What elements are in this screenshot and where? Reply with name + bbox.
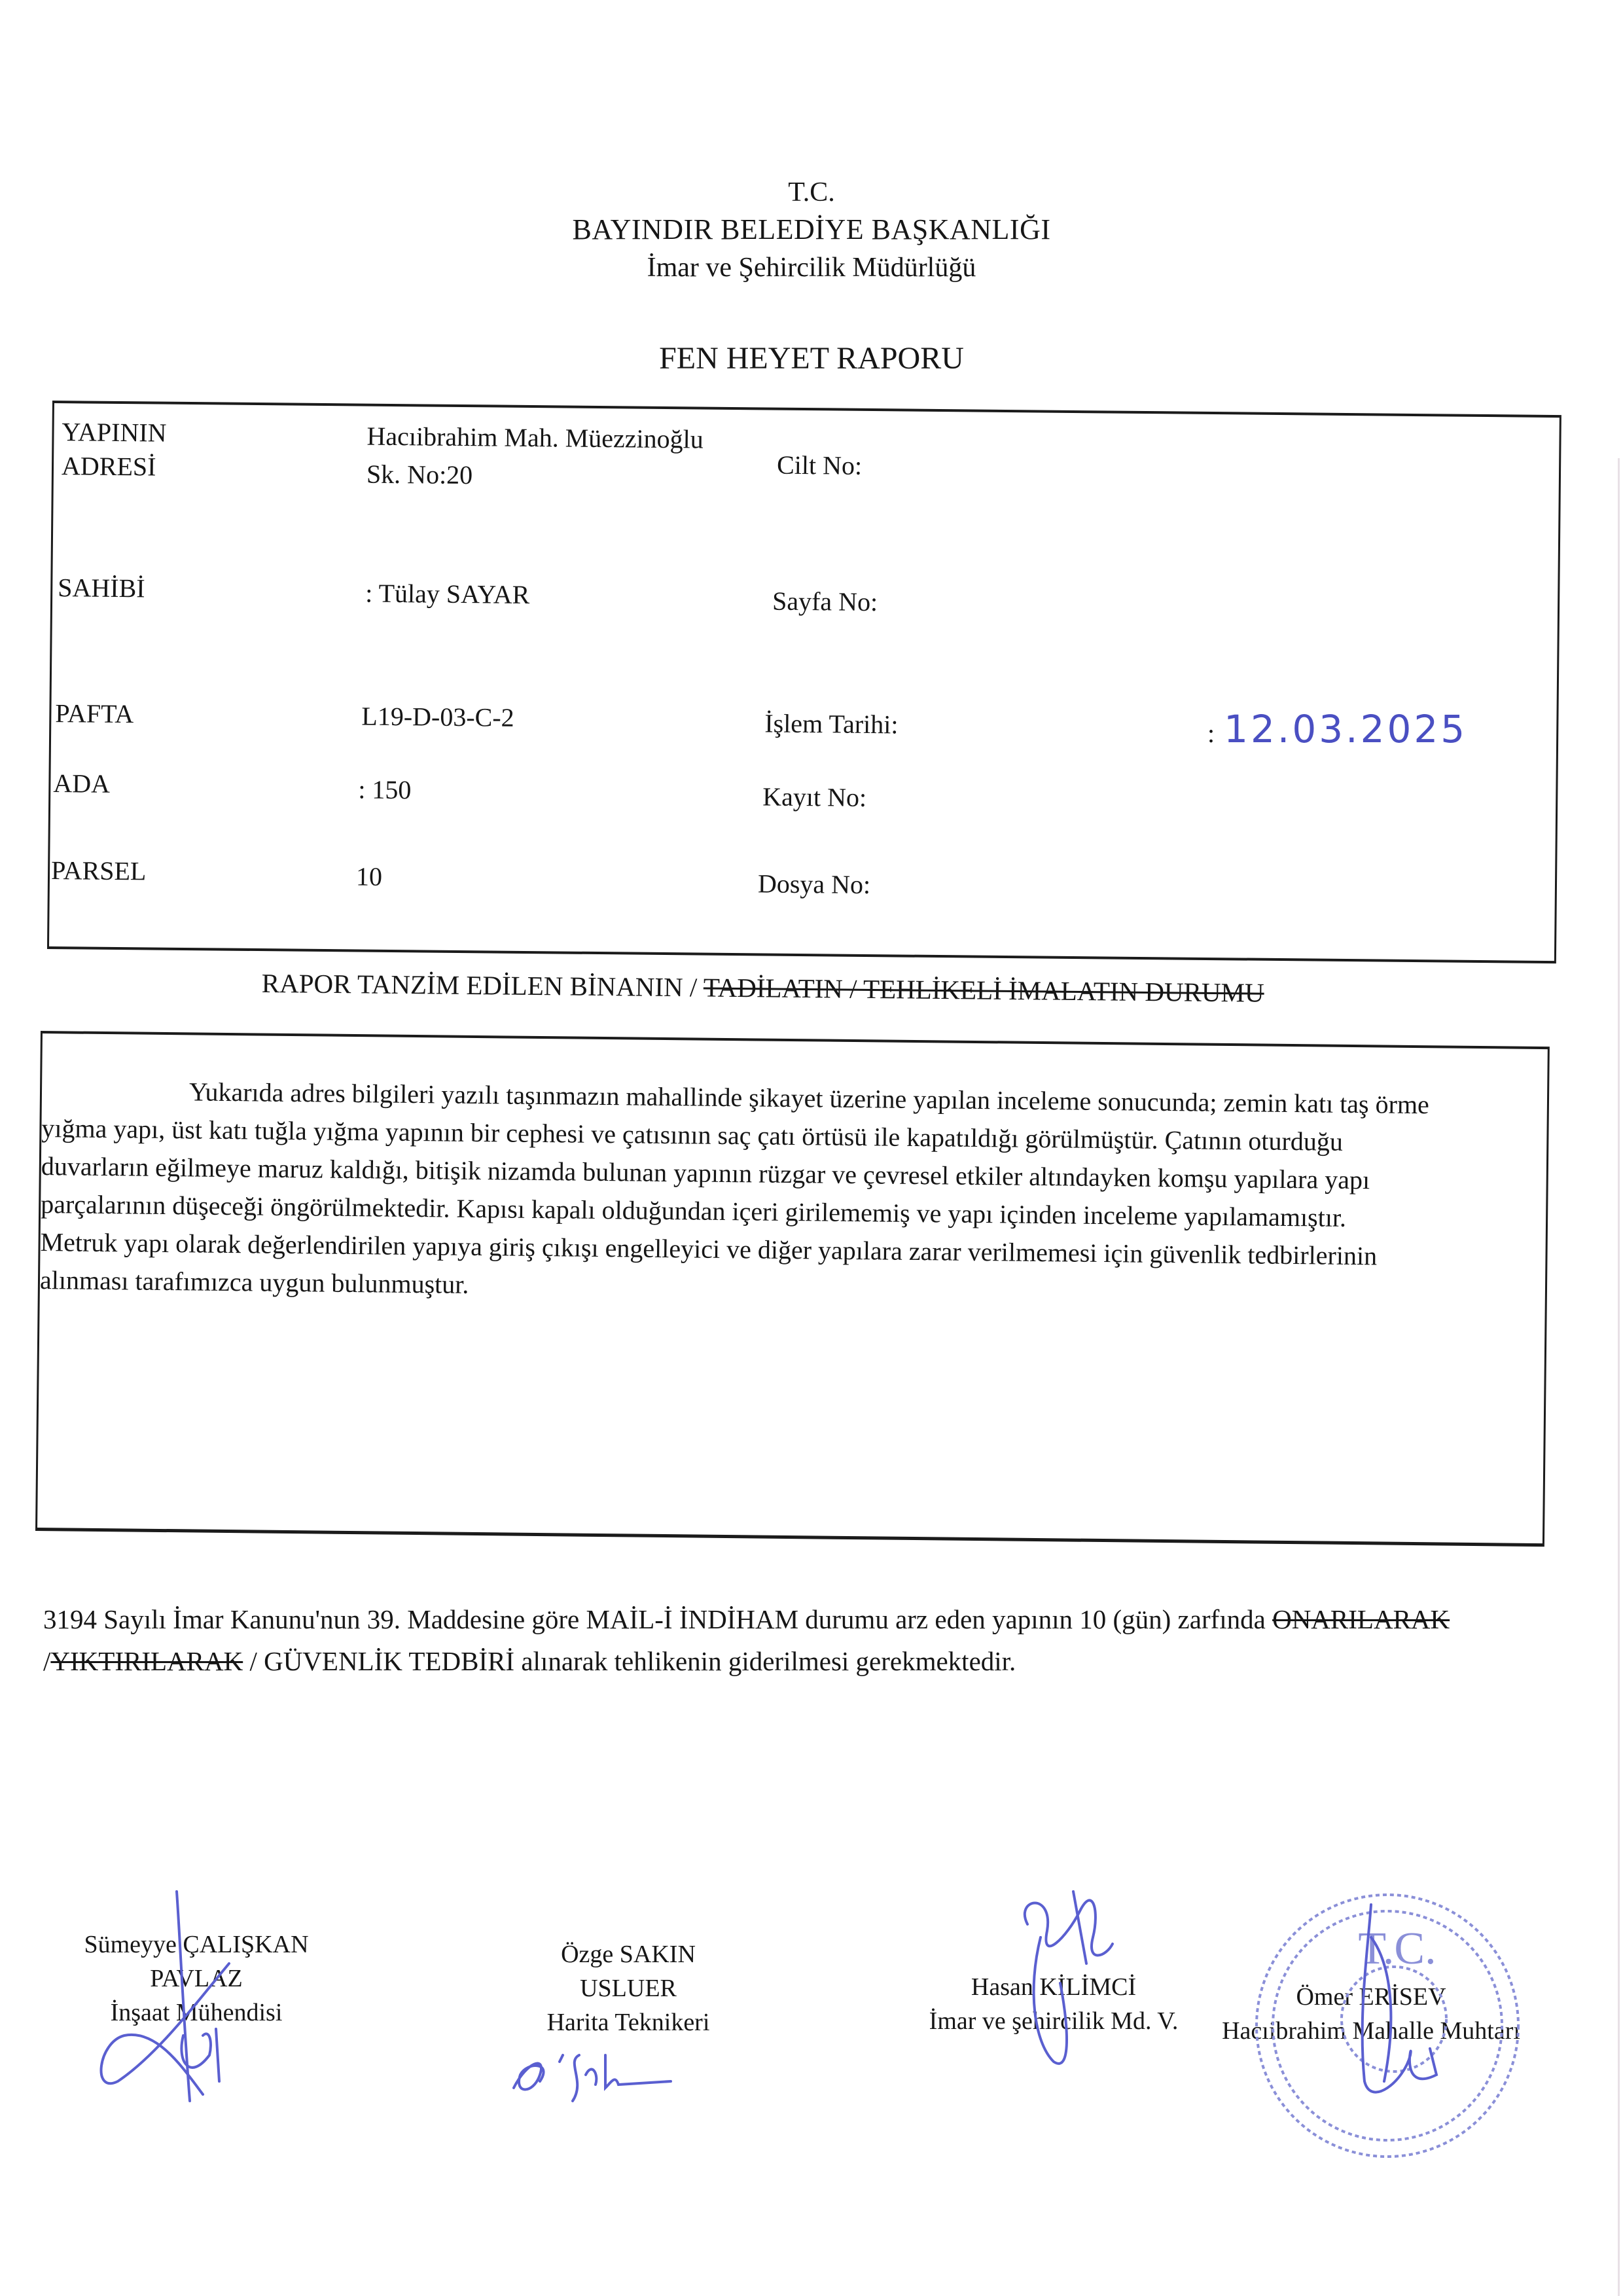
owner-value: : Tülay SAYAR — [365, 578, 530, 610]
signatory-name: Hasan KİLİMCİ — [903, 1970, 1204, 2004]
cilt-no-label: Cilt No: — [777, 450, 862, 481]
address-value-line1: Hacıibrahim Mah. Müezzinoğlu — [366, 421, 704, 455]
address-label-line1: YAPININ — [62, 416, 166, 448]
signatory-name-cont: PAVLAZ — [65, 1962, 327, 1996]
sayfa-no-label: Sayfa No: — [772, 586, 878, 618]
signatory-1: Sümeyye ÇALIŞKAN PAVLAZ İnşaat Mühendisi — [65, 1928, 327, 2030]
handwritten-date: :12.03.2025 — [1207, 707, 1467, 751]
address-label-line2: ADRESİ — [62, 450, 156, 482]
department-name: İmar ve Şehircilik Müdürlüğü — [0, 252, 1623, 283]
signatory-4: Ömer ERİSEV Hacıibrahim Mahalle Muhtarı — [1207, 1980, 1535, 2048]
document-title: FEN HEYET RAPORU — [0, 340, 1623, 376]
address-value-line2: Sk. No:20 — [366, 459, 473, 491]
report-body-box: Yukarıda adres bilgileri yazılı taşınmaz… — [35, 1031, 1550, 1547]
signatory-title: İmar ve şehircilik Md. V. — [903, 2004, 1204, 2038]
islem-tarihi-label: İşlem Tarihi: — [764, 708, 899, 740]
report-body-text: Yukarıda adres bilgileri yazılı taşınmaz… — [40, 1071, 1522, 1315]
scan-edge — [1618, 458, 1620, 2296]
signatory-name: Özge SAKIN — [497, 1937, 759, 1971]
decision-paragraph: 3194 Sayılı İmar Kanunu'nun 39. Maddesin… — [43, 1598, 1450, 1682]
signature-mark-2 — [501, 2036, 697, 2108]
signatory-name: Ömer ERİSEV — [1207, 1980, 1535, 2014]
signatory-name: Sümeyye ÇALIŞKAN — [65, 1928, 327, 1962]
signatory-2: Özge SAKIN USLUER Harita Teknikeri — [497, 1937, 759, 2039]
property-info-box: YAPININ ADRESİ Hacıibrahim Mah. Müezzino… — [47, 401, 1561, 963]
kayit-no-label: Kayıt No: — [762, 781, 866, 813]
signatory-title: Hacıibrahim Mahalle Muhtarı — [1207, 2014, 1535, 2048]
section-heading: RAPOR TANZİM EDİLEN BİNANIN / TADİLATIN … — [262, 967, 1264, 1009]
date-value: 12.03.2025 — [1224, 707, 1467, 751]
signatory-3: Hasan KİLİMCİ İmar ve şehircilik Md. V. — [903, 1970, 1204, 2038]
date-colon: : — [1207, 719, 1215, 748]
decision-slash: / — [43, 1646, 50, 1676]
svg-text:T.C.: T.C. — [1358, 1924, 1436, 1974]
decision-text-1: 3194 Sayılı İmar Kanunu'nun 39. Maddesin… — [43, 1604, 1266, 1634]
decision-text-2: / GÜVENLİK TEDBİRİ alınarak tehlikenin g… — [249, 1646, 1016, 1676]
ada-label: ADA — [53, 768, 110, 799]
section-heading-struck: TADİLATIN / TEHLİKELİ İMALATIN DURUMU — [704, 972, 1264, 1007]
decision-struck-2: YIKTIRILARAK — [50, 1646, 243, 1676]
decision-struck-1: ONARILARAK — [1272, 1604, 1450, 1634]
parsel-label: PARSEL — [51, 855, 147, 886]
ada-value: : 150 — [358, 774, 412, 806]
parsel-value: 10 — [356, 861, 382, 891]
republic-label: T.C. — [0, 177, 1623, 208]
signatory-title: Harita Teknikeri — [497, 2005, 759, 2039]
organization-name: BAYINDIR BELEDİYE BAŞKANLIĞI — [0, 213, 1623, 246]
pafta-label: PAFTA — [55, 698, 134, 729]
signatory-title: İnşaat Mühendisi — [65, 1996, 327, 2030]
signatory-name-cont: USLUER — [497, 1971, 759, 2005]
owner-label: SAHİBİ — [58, 572, 145, 603]
pafta-value: L19-D-03-C-2 — [361, 701, 514, 733]
dosya-no-label: Dosya No: — [758, 868, 871, 900]
section-heading-prefix: RAPOR TANZİM EDİLEN BİNANIN / — [262, 968, 698, 1002]
